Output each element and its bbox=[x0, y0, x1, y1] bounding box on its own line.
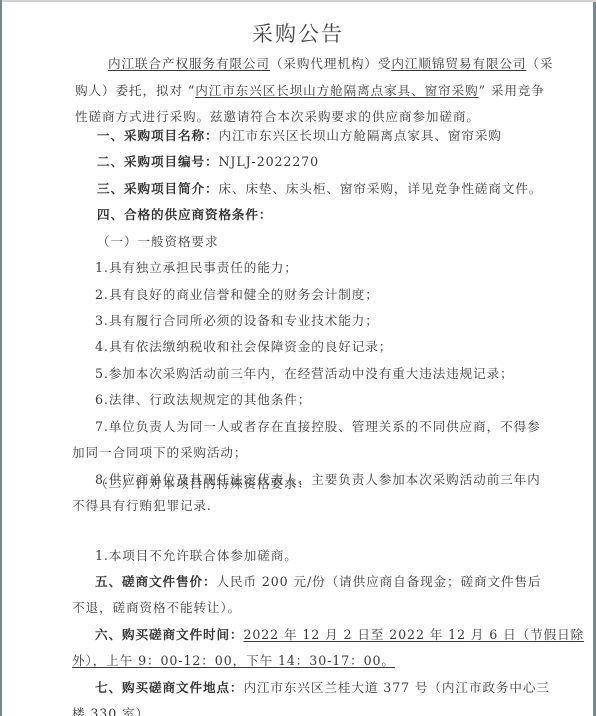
section-project-name: 一、采购项目名称：内江市东兴区长坝山方舱隔离点家具、窗帘采购 bbox=[97, 128, 502, 144]
list-item: 6.法律、行政法规规定的其他条件； bbox=[95, 392, 311, 408]
section-qualifications-heading: 四、合格的供应商资格条件： bbox=[97, 207, 272, 223]
list-item: 7.单位负责人为同一人或者存在直接控股、管理关系的不同供应商，不得参 bbox=[95, 419, 541, 435]
section-project-number: 二、采购项目编号：NJLJ-2022270 bbox=[97, 154, 319, 170]
intro-line-2: 购人）委托，拟对 “内江市东兴区长坝山方舱隔离点家具、窗帘采购” 采用竞争 bbox=[75, 83, 545, 99]
section-label: 七、购买磋商文件地点： bbox=[95, 680, 243, 695]
special-requirements-heading: （二）针对本项目的特殊资格要求： bbox=[95, 476, 311, 492]
list-item: 4.具有依法缴纳税收和社会保障资金的良好记录； bbox=[95, 339, 392, 355]
general-requirements-heading: （一）一般资格要求 bbox=[97, 234, 218, 250]
purchaser-role: （采 bbox=[526, 56, 553, 71]
list-item-continuation: 不得具有行贿犯罪记录. bbox=[72, 498, 212, 514]
list-item: 3.具有履行合同所必须的设备和专业技术能力； bbox=[95, 313, 379, 329]
section-purchase-location-cont: 楼 330 室） bbox=[72, 706, 149, 716]
section-label: 五、磋商文件售价： bbox=[95, 574, 216, 589]
section-label: 三、采购项目简介： bbox=[97, 181, 218, 196]
section-purchase-time: 六、购买磋商文件时间：2022 年 12 月 2 日至 2022 年 12 月 … bbox=[95, 627, 584, 643]
section-purchase-time-cont: 外），上午 9：00-12：00，下午 14：30-17：00。 bbox=[72, 653, 395, 669]
method-text: ” 采用竞争 bbox=[479, 83, 545, 98]
section-label: 二、采购项目编号： bbox=[97, 154, 218, 169]
purchaser-role-cont: 购人）委托，拟对 “ bbox=[75, 83, 195, 98]
list-item: 2.具有良好的商业信誉和健全的财务会计制度； bbox=[95, 287, 379, 303]
intro-line-1: 内江联合产权服务有限公司（采购代理机构）受内江顺锦贸易有限公司（采 bbox=[108, 56, 553, 72]
section-project-summary: 三、采购项目简介：床、床垫、床头柜、窗帘采购，详见竞争性磋商文件。 bbox=[97, 181, 542, 197]
agent-name: 内江联合产权服务有限公司 bbox=[108, 56, 270, 71]
section-value: 床、床垫、床头柜、窗帘采购，详见竞争性磋商文件。 bbox=[218, 181, 542, 196]
section-value: 内江市东兴区兰桂大道 377 号（内江市政务中心三 bbox=[243, 680, 549, 695]
section-value: NJLJ-2022270 bbox=[218, 154, 319, 169]
list-item-continuation: 加同一合同项下的采购活动； bbox=[72, 445, 247, 461]
procurement-notice-page: 采购公告 内江联合产权服务有限公司（采购代理机构）受内江顺锦贸易有限公司（采 购… bbox=[0, 0, 596, 716]
list-item: 1.本项目不允许联合体参加磋商。 bbox=[95, 548, 298, 564]
section-document-price-cont: 不退，磋商资格不能转让）。 bbox=[72, 600, 241, 616]
section-value: 内江市东兴区长坝山方舱隔离点家具、窗帘采购 bbox=[218, 128, 501, 143]
purchaser-name: 内江顺锦贸易有限公司 bbox=[391, 56, 526, 71]
project-name: 内江市东兴区长坝山方舱隔离点家具、窗帘采购 bbox=[195, 83, 478, 98]
section-value: 2022 年 12 月 2 日至 2022 年 12 月 6 日（节假日除 bbox=[243, 627, 584, 642]
section-purchase-location: 七、购买磋商文件地点：内江市东兴区兰桂大道 377 号（内江市政务中心三 bbox=[95, 680, 550, 696]
section-value: 人民币 200 元/份（请供应商自备现金；磋商文件售后 bbox=[216, 574, 541, 589]
section-document-price: 五、磋商文件售价：人民币 200 元/份（请供应商自备现金；磋商文件售后 bbox=[95, 574, 542, 590]
intro-line-3: 性磋商方式进行采购。兹邀请符合本次采购要求的供应商参加磋商。 bbox=[75, 109, 480, 125]
section-label: 六、购买磋商文件时间： bbox=[95, 627, 243, 642]
document-title: 采购公告 bbox=[0, 18, 596, 48]
list-item: 5.参加本次采购活动前三年内，在经营活动中没有重大违法违规记录； bbox=[95, 366, 514, 382]
section-label: 一、采购项目名称： bbox=[97, 128, 218, 143]
list-item: 1.具有独立承担民事责任的能力； bbox=[95, 260, 298, 276]
agent-role: （采购代理机构）受 bbox=[270, 56, 391, 71]
